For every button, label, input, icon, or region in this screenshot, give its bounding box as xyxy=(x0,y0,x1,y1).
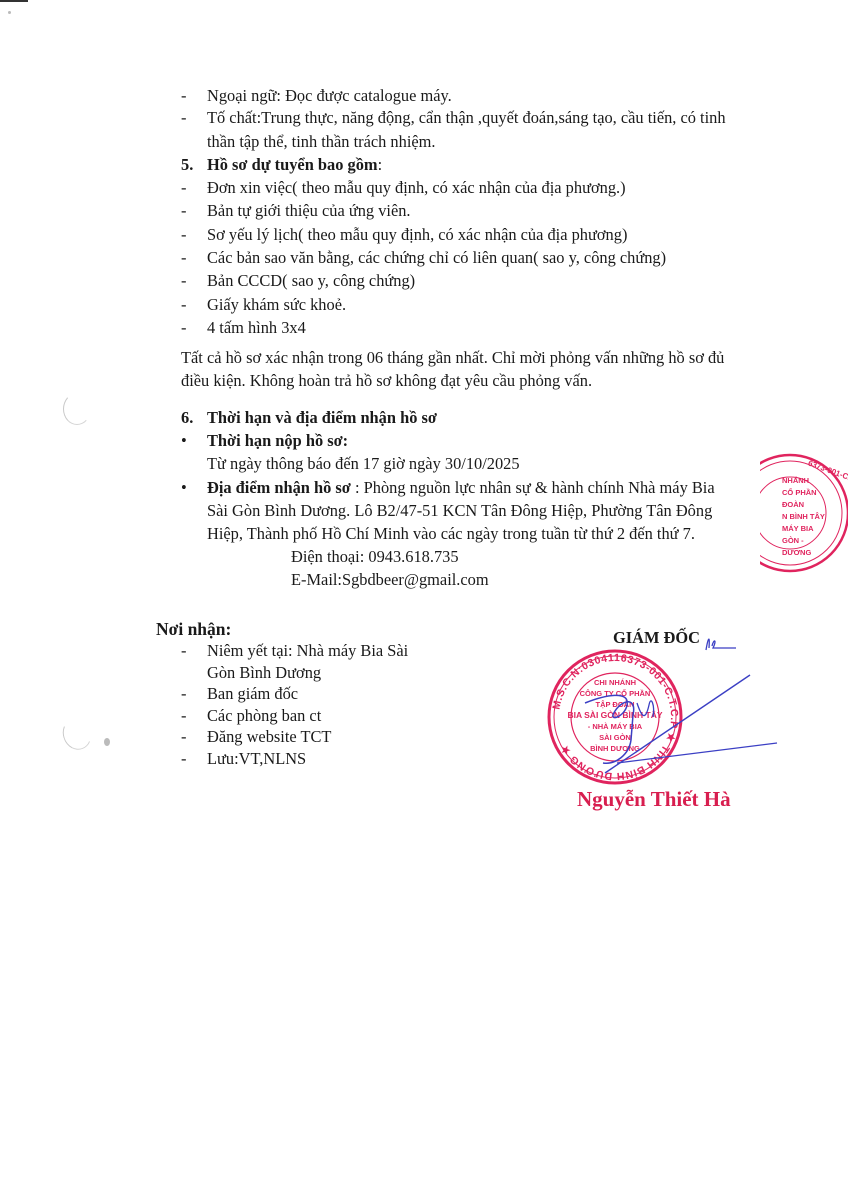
svg-text:MÁY BIA: MÁY BIA xyxy=(782,524,814,533)
bullet-dash: - xyxy=(181,683,186,705)
document-page: - Ngoại ngữ: Đọc được catalogue máy. - T… xyxy=(0,0,848,1200)
list-item: Giấy khám sức khoẻ. xyxy=(207,294,346,316)
section6-number: 6. xyxy=(181,407,193,429)
svg-text:ĐOÀN: ĐOÀN xyxy=(782,500,804,509)
location-line-3: Hiệp, Thành phố Hồ Chí Minh vào các ngày… xyxy=(207,523,695,545)
svg-text:GÒN -: GÒN - xyxy=(782,536,804,545)
list-item: Bản tự giới thiệu của ứng viên. xyxy=(207,200,411,222)
requirement-qualities-cont: thần tập thể, tinh thần trách nhiệm. xyxy=(207,131,436,153)
svg-text:CỔ PHẦN: CỔ PHẦN xyxy=(782,487,817,497)
bullet-dash: - xyxy=(181,224,186,246)
recipients-title: Nơi nhận: xyxy=(156,618,231,640)
bullet-dot: • xyxy=(181,430,187,452)
recipient-item: Lưu:VT,NLNS xyxy=(207,748,306,770)
list-item: Đơn xin việc( theo mẫu quy định, có xác … xyxy=(207,177,626,199)
section5-note: Tất cả hồ sơ xác nhận trong 06 tháng gần… xyxy=(181,347,724,369)
deadline-label: Thời hạn nộp hồ sơ: xyxy=(207,430,348,452)
section5-note-cont: điều kiện. Không hoàn trả hồ sơ không đạ… xyxy=(181,370,592,392)
punch-hole-mark xyxy=(58,714,95,754)
bullet-dash: - xyxy=(181,640,186,662)
requirement-language: Ngoại ngữ: Đọc được catalogue máy. xyxy=(207,85,452,107)
bullet-dot: • xyxy=(181,477,187,499)
bullet-dash: - xyxy=(181,726,186,748)
deadline-value: Từ ngày thông báo đến 17 giờ ngày 30/10/… xyxy=(207,453,520,475)
requirement-qualities: Tố chất:Trung thực, năng động, cẩn thận … xyxy=(207,107,726,129)
list-item: Các bản sao văn bằng, các chứng chỉ có l… xyxy=(207,247,666,269)
section5-number: 5. xyxy=(181,154,193,176)
company-seal-partial: NHÁNHCỔ PHẦNĐOÀNN BÌNH TÂYMÁY BIAGÒN -DƯ… xyxy=(760,438,848,588)
list-item: Sơ yếu lý lịch( theo mẫu quy định, có xá… xyxy=(207,224,627,246)
section5-heading: Hồ sơ dự tuyển bao gồm: xyxy=(207,154,382,176)
svg-text:NHÁNH: NHÁNH xyxy=(782,476,809,485)
recipient-item: Các phòng ban ct xyxy=(207,705,321,727)
bullet-dash: - xyxy=(181,177,186,199)
section5-title: Hồ sơ dự tuyển bao gồm xyxy=(207,155,378,174)
recipient-item: Niêm yết tại: Nhà máy Bia Sài xyxy=(207,640,408,662)
recipient-item-cont: Gòn Bình Dương xyxy=(207,662,321,684)
recipient-item: Đăng website TCT xyxy=(207,726,331,748)
svg-text:N BÌNH TÂY: N BÌNH TÂY xyxy=(782,512,825,521)
bullet-dash: - xyxy=(181,107,186,129)
scan-speck xyxy=(8,11,11,14)
bullet-dash: - xyxy=(181,748,186,770)
bullet-dash: - xyxy=(181,270,186,292)
location-line-1: Địa điểm nhận hồ sơ : Phòng nguồn lực nh… xyxy=(207,477,715,499)
svg-text:DƯƠNG: DƯƠNG xyxy=(782,548,811,557)
bullet-dash: - xyxy=(181,294,186,316)
bullet-dash: - xyxy=(181,705,186,727)
location-line-2: Sài Gòn Bình Dương. Lô B2/47-51 KCN Tân … xyxy=(207,500,712,522)
svg-text:CHI NHÁNH: CHI NHÁNH xyxy=(594,678,636,687)
email: E-Mail:Sgbdbeer@gmail.com xyxy=(291,569,489,591)
scan-edge xyxy=(0,0,28,2)
list-item: Bản CCCD( sao y, công chứng) xyxy=(207,270,415,292)
company-seal: M.S.C.N:0304116373-001-C.T.C.P ★ TỈNH BÌ… xyxy=(545,645,785,790)
section6-title: Thời hạn và địa điểm nhận hồ sơ xyxy=(207,407,437,429)
bullet-dash: - xyxy=(181,317,186,339)
svg-text:- NHÀ MÁY BIA: - NHÀ MÁY BIA xyxy=(588,722,643,731)
scan-speck xyxy=(104,738,110,746)
bullet-dash: - xyxy=(181,85,186,107)
bullet-dash: - xyxy=(181,200,186,222)
bullet-dash: - xyxy=(181,247,186,269)
svg-text:BÌNH DƯƠNG: BÌNH DƯƠNG xyxy=(590,744,640,753)
list-item: 4 tấm hình 3x4 xyxy=(207,317,306,339)
phone: Điện thoại: 0943.618.735 xyxy=(291,546,459,568)
svg-text:CÔNG TY CỔ PHẦN: CÔNG TY CỔ PHẦN xyxy=(580,688,651,698)
location-label: Địa điểm nhận hồ sơ xyxy=(207,478,351,497)
signer-name: Nguyễn Thiết Hà xyxy=(577,787,731,812)
punch-hole-mark xyxy=(63,393,91,425)
svg-text:SÀI GÒN: SÀI GÒN xyxy=(599,733,631,742)
recipient-item: Ban giám đốc xyxy=(207,683,298,705)
